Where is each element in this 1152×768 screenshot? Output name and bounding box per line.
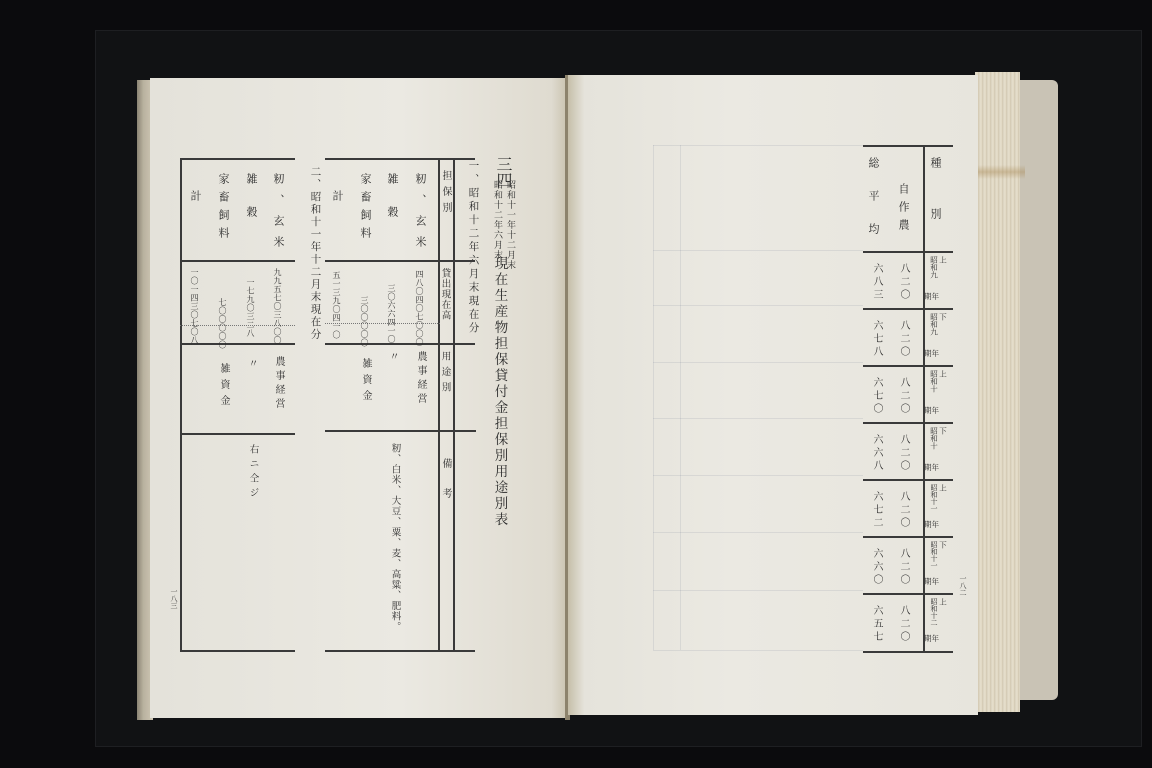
right-table-bottom-rule <box>863 651 953 653</box>
table2-heading: 二、昭和十一年十二月末現在分 <box>310 166 321 341</box>
table1-rule-c <box>440 430 476 432</box>
t2-row2-amount: 一七九〇三二八 <box>246 278 254 338</box>
bleed-through-rule <box>653 250 863 251</box>
table-title: 現在生産物担保貸付金担保別用途別表 <box>492 256 506 528</box>
table2-top-rule <box>180 158 295 160</box>
header-purpose: 用途別 <box>440 351 450 398</box>
right-table-col-rule <box>923 145 925 652</box>
t2-row2-purpose: 〃 <box>246 358 256 368</box>
row-period-suffix: 期年 <box>924 293 939 301</box>
right-table-row-rule <box>863 593 953 595</box>
bleed-through-rule <box>653 650 863 651</box>
header-amount: 貸出現在高 <box>440 268 450 321</box>
row-owner-farmer: 八二〇 <box>898 548 908 587</box>
t1-row3-collateral: 家畜飼料 <box>360 173 371 245</box>
row-period-suffix: 期年 <box>924 350 939 358</box>
row-overall-average: 六五七 <box>871 605 881 644</box>
right-table-row-rule <box>863 536 953 538</box>
bleed-through-rule <box>653 362 863 363</box>
row-period-half: 下 <box>939 541 947 549</box>
t2-row1-collateral: 籾、玄米 <box>273 173 284 257</box>
bleed-through-rule <box>653 475 863 476</box>
table1-outer-rule <box>453 158 455 651</box>
row-overall-average: 六八三 <box>871 263 881 302</box>
t1-row1-collateral: 籾、玄米 <box>415 173 426 257</box>
t2-row2-collateral: 雑穀 <box>246 173 257 239</box>
table2-bottom-rule <box>180 650 295 652</box>
row-period-suffix: 期年 <box>924 521 939 529</box>
row-period-era: 昭和九 <box>930 256 938 279</box>
t2-remarks: 右ニ仝ジ <box>248 444 258 502</box>
row-owner-farmer: 八二〇 <box>898 263 908 302</box>
right-table-row-rule <box>863 422 953 424</box>
table1-rule-c2 <box>325 430 440 432</box>
right-table-row-rule <box>863 479 953 481</box>
bleed-through-rule <box>653 590 863 591</box>
left-page-number: 一八三 <box>170 588 177 609</box>
row-owner-farmer: 八二〇 <box>898 605 908 644</box>
right-table-row-rule <box>863 365 953 367</box>
row-period-era: 昭和十 <box>930 370 938 393</box>
header-owner-farmer: 自作農 <box>898 183 909 237</box>
t2-row1-amount: 九九五七〇三八〇〇 <box>273 268 281 345</box>
t1-row3-purpose: 雑資金 <box>360 358 370 406</box>
row-period-suffix: 期年 <box>924 635 939 643</box>
header-remarks: 備考 <box>440 458 450 518</box>
row-period-era: 昭和十二 <box>930 598 937 626</box>
row-overall-average: 六七二 <box>871 491 881 530</box>
left-page: 三四 昭和十一年十二月末 昭和十二年六月末 現在生産物担保貸付金担保別用途別表 … <box>150 78 568 718</box>
t2-row1-purpose: 農事経営 <box>273 356 283 412</box>
right-table-top-rule <box>863 145 953 147</box>
t2-row3-collateral: 家畜飼料 <box>218 173 229 245</box>
row-period-half: 上 <box>939 484 947 492</box>
row-period-era: 昭和十一 <box>930 541 937 569</box>
water-stain <box>975 165 1025 179</box>
bleed-through-rule <box>653 145 863 146</box>
t1-row2-amount: 三〇六六四一〇 <box>387 284 395 344</box>
row-period-era: 昭和十 <box>930 427 938 450</box>
t1-remarks: 籾、白米、大豆、粟、麦、高粱、肥料。 <box>390 443 400 632</box>
bleed-through-rule <box>653 305 863 306</box>
table2-rule-c <box>180 433 295 435</box>
row-period-half: 上 <box>939 256 947 264</box>
t1-total-amount: 五一三九〇四一〇 <box>332 271 340 339</box>
row-period-suffix: 期年 <box>924 407 939 415</box>
table2-rule-a <box>180 260 295 262</box>
row-period-half: 上 <box>939 598 947 606</box>
row-owner-farmer: 八二〇 <box>898 320 908 359</box>
title-date-2: 昭和十二年六月末 <box>492 180 501 260</box>
right-page-number: 一八二 <box>959 575 966 596</box>
t1-row1-purpose: 農事経営 <box>415 351 425 407</box>
row-owner-farmer: 八二〇 <box>898 434 908 473</box>
row-owner-farmer: 八二〇 <box>898 491 908 530</box>
header-collateral: 担保別 <box>440 170 450 218</box>
row-overall-average: 六七八 <box>871 320 881 359</box>
t1-row2-purpose: 〃 <box>387 351 397 361</box>
row-period-era: 昭和十一 <box>930 484 937 512</box>
row-period-half: 下 <box>939 427 947 435</box>
table1-heading: 一、昭和十二年六月末現在分 <box>468 160 479 336</box>
table1-header-col-rule <box>438 158 440 651</box>
table2-left-rule <box>180 158 182 651</box>
t2-total-amount: 一〇一四三〇七〇八 <box>190 268 198 345</box>
row-period-half: 下 <box>939 313 947 321</box>
right-page: 種別 自作農 総平均 上 昭和九 期年 八二〇 六八三 下 昭和九 期年 八二〇… <box>568 75 978 715</box>
row-overall-average: 六七〇 <box>871 377 881 416</box>
t2-row3-amount: 七〇〇〇〇〇 <box>218 298 226 349</box>
right-table-row-rule <box>863 308 953 310</box>
t2-total-label: 計 <box>190 190 201 201</box>
row-period-suffix: 期年 <box>924 464 939 472</box>
t1-row1-amount: 四八〇四〇七〇〇〇 <box>415 270 423 347</box>
row-period-era: 昭和九 <box>930 313 938 336</box>
row-period-suffix: 期年 <box>924 578 939 586</box>
bleed-through-rule <box>653 145 654 650</box>
t1-row3-amount: 三〇〇〇〇〇 <box>360 296 368 347</box>
header-overall-average: 総平均 <box>868 157 879 256</box>
row-period-half: 上 <box>939 370 947 378</box>
t1-total-label: 計 <box>332 190 343 201</box>
header-type: 種別 <box>930 157 941 259</box>
row-owner-farmer: 八二〇 <box>898 377 908 416</box>
bleed-through-rule <box>653 532 863 533</box>
t2-row3-purpose: 雑資金 <box>218 363 228 411</box>
bleed-through-rule <box>680 145 681 650</box>
row-overall-average: 六六〇 <box>871 548 881 587</box>
bleed-through-rule <box>653 418 863 419</box>
row-overall-average: 六六八 <box>871 434 881 473</box>
t1-row2-collateral: 雑穀 <box>387 173 398 239</box>
